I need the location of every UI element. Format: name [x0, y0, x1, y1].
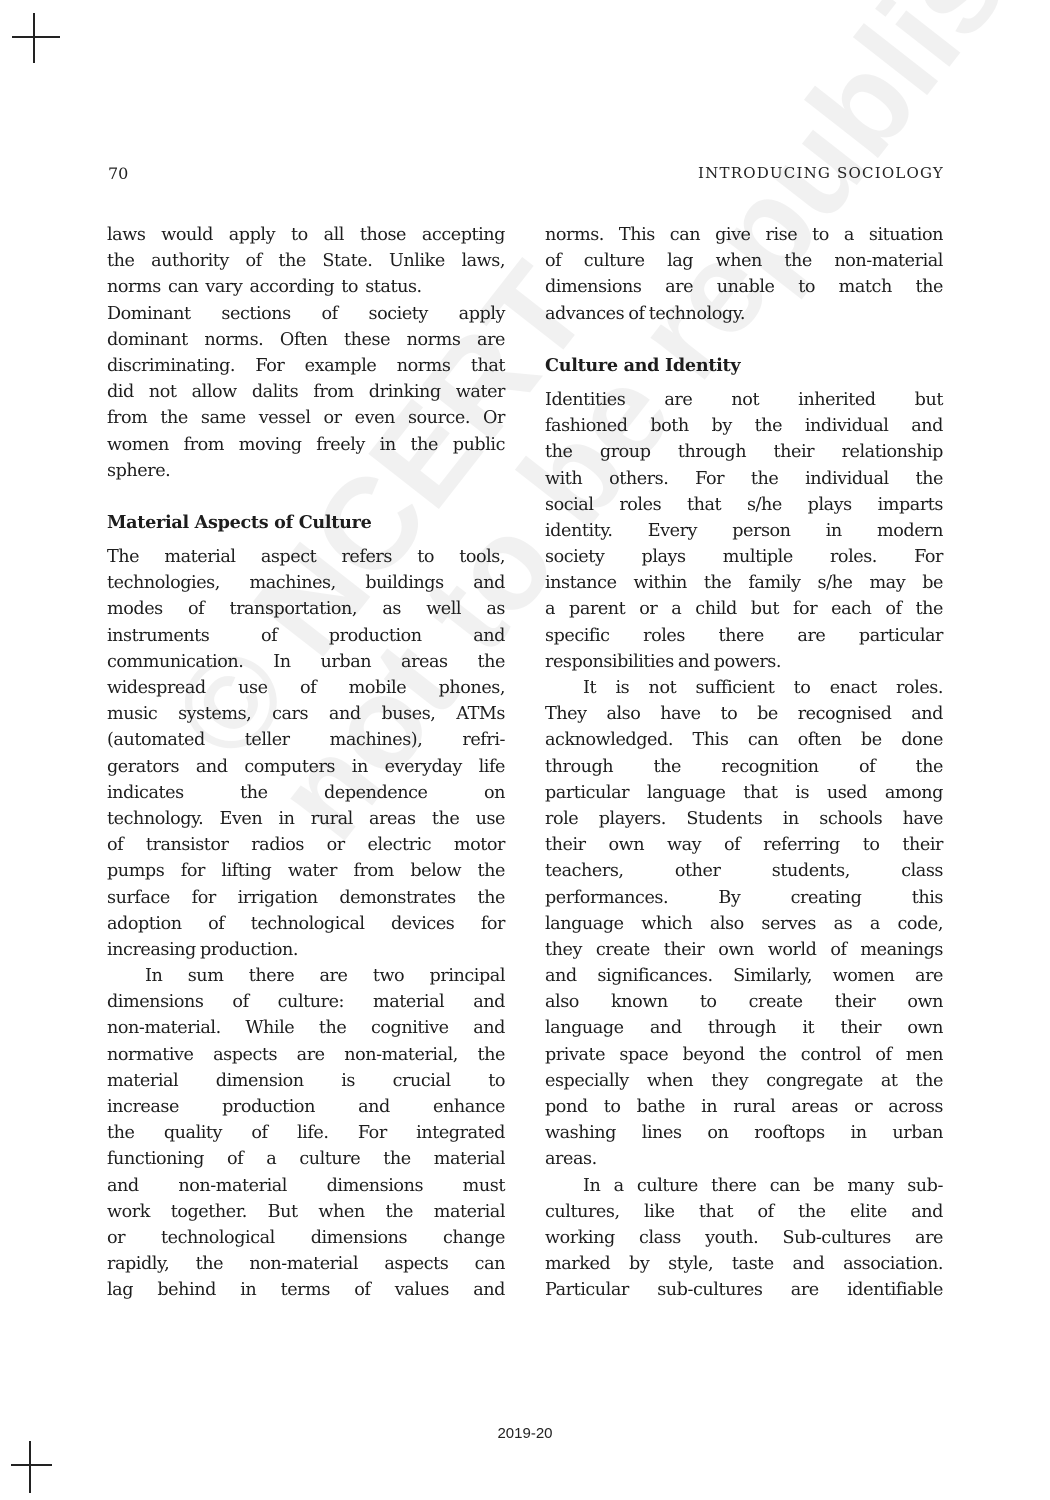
text-line: role players. Students in schools have — [545, 806, 943, 832]
text-line: pond to bathe in rural areas or across — [545, 1094, 943, 1120]
text-line: modes of transportation, as well as — [107, 596, 505, 622]
text-line: dimensions are unable to match the — [545, 274, 943, 300]
text-line: with others. For the individual the — [545, 466, 943, 492]
text-line: specific roles there are particular — [545, 623, 943, 649]
text-line: the quality of life. For integrated — [107, 1120, 505, 1146]
text-line: In a culture there can be many sub- — [545, 1173, 943, 1199]
text-line: discriminating. For example norms that — [107, 353, 505, 379]
text-line: lag behind in terms of values and — [107, 1277, 505, 1303]
paragraph: norms. This can give rise to a situation… — [545, 222, 943, 327]
text-line: advances of technology. — [545, 301, 943, 327]
text-line: of culture lag when the non-material — [545, 248, 943, 274]
text-line: (automated teller machines), refri- — [107, 727, 505, 753]
text-line: It is not sufficient to enact roles. — [545, 675, 943, 701]
footer-year: 2019-20 — [0, 1425, 1050, 1442]
text-line: through the recognition of the — [545, 754, 943, 780]
text-line: dominant norms. Often these norms are — [107, 327, 505, 353]
text-line: increasing production. — [107, 937, 505, 963]
text-line: their own way of referring to their — [545, 832, 943, 858]
text-line: a parent or a child but for each of the — [545, 596, 943, 622]
text-line: social roles that s/he plays imparts — [545, 492, 943, 518]
text-line: normative aspects are non-material, the — [107, 1042, 505, 1068]
text-line: especially when they congregate at the — [545, 1068, 943, 1094]
text-line: language which also serves as a code, — [545, 911, 943, 937]
text-line: Identities are not inherited but — [545, 387, 943, 413]
right-column: norms. This can give rise to a situation… — [545, 222, 943, 1304]
paragraph: The material aspect refers to tools, tec… — [107, 544, 505, 963]
text-line: acknowledged. This can often be done — [545, 727, 943, 753]
text-line: particular language that is used among — [545, 780, 943, 806]
paragraph: It is not sufficient to enact roles. The… — [545, 675, 943, 1173]
text-line: women from moving freely in the public — [107, 432, 505, 458]
text-line: private space beyond the control of men — [545, 1042, 943, 1068]
text-line: The material aspect refers to tools, — [107, 544, 505, 570]
text-line: non-material. While the cognitive and — [107, 1015, 505, 1041]
text-line: music systems, cars and buses, ATMs — [107, 701, 505, 727]
text-line: they create their own world of meanings — [545, 937, 943, 963]
text-line: norms. This can give rise to a situation — [545, 222, 943, 248]
text-line: fashioned both by the individual and — [545, 413, 943, 439]
text-line: They also have to be recognised and — [545, 701, 943, 727]
text-line: technology. Even in rural areas the use — [107, 806, 505, 832]
text-line: marked by style, taste and association. — [545, 1251, 943, 1277]
text-line: language and through it their own — [545, 1015, 943, 1041]
text-line: the group through their relationship — [545, 439, 943, 465]
text-line: material dimension is crucial to — [107, 1068, 505, 1094]
text-line: instruments of production and — [107, 623, 505, 649]
section-heading-material-aspects: Material Aspects of Culture — [107, 510, 505, 536]
text-line: technologies, machines, buildings and — [107, 570, 505, 596]
text-line: of transistor radios or electric motor — [107, 832, 505, 858]
text-line: cultures, like that of the elite and — [545, 1199, 943, 1225]
text-line: responsibilities and powers. — [545, 649, 943, 675]
text-line: functioning of a culture the material — [107, 1146, 505, 1172]
paragraph: laws would apply to all those accepting … — [107, 222, 505, 484]
crop-mark-bottom-left-v — [29, 1441, 31, 1493]
text-line: rapidly, the non-material aspects can — [107, 1251, 505, 1277]
text-line: identity. Every person in modern — [545, 518, 943, 544]
text-line: and significances. Similarly, women are — [545, 963, 943, 989]
text-line: pumps for lifting water from below the — [107, 858, 505, 884]
text-line: work together. But when the material — [107, 1199, 505, 1225]
crop-mark-bottom-left-h — [11, 1464, 52, 1466]
paragraph: Identities are not inherited but fashion… — [545, 387, 943, 675]
section-heading-culture-identity: Culture and Identity — [545, 353, 943, 379]
text-line: society plays multiple roles. For — [545, 544, 943, 570]
text-line: dimensions of culture: material and — [107, 989, 505, 1015]
text-line: the authority of the State. Unlike laws, — [107, 248, 505, 274]
text-line: also known to create their own — [545, 989, 943, 1015]
text-line: In sum there are two principal — [107, 963, 505, 989]
text-line: did not allow dalits from drinking water — [107, 379, 505, 405]
text-line: adoption of technological devices for — [107, 911, 505, 937]
text-line: teachers, other students, class — [545, 858, 943, 884]
text-line: norms can vary according to status. — [107, 274, 505, 300]
text-line: from the same vessel or even source. Or — [107, 405, 505, 431]
crop-mark-top-left-h — [12, 36, 60, 38]
text-line: communication. In urban areas the — [107, 649, 505, 675]
text-line: washing lines on rooftops in urban — [545, 1120, 943, 1146]
text-line: sphere. — [107, 458, 505, 484]
text-line: gerators and computers in everyday life — [107, 754, 505, 780]
text-line: working class youth. Sub-cultures are — [545, 1225, 943, 1251]
text-line: performances. By creating this — [545, 885, 943, 911]
text-line: widespread use of mobile phones, — [107, 675, 505, 701]
left-column: laws would apply to all those accepting … — [107, 222, 505, 1304]
crop-mark-top-left-v — [33, 13, 35, 63]
text-line: instance within the family s/he may be — [545, 570, 943, 596]
text-line: areas. — [545, 1146, 943, 1172]
text-line: increase production and enhance — [107, 1094, 505, 1120]
text-line: indicates the dependence on — [107, 780, 505, 806]
text-line: or technological dimensions change — [107, 1225, 505, 1251]
text-line: Particular sub-cultures are identifiable — [545, 1277, 943, 1303]
book-title: INTRODUCING SOCIOLOGY — [698, 164, 944, 182]
page-number: 70 — [108, 164, 128, 183]
text-line: and non-material dimensions must — [107, 1173, 505, 1199]
paragraph: In sum there are two principal dimension… — [107, 963, 505, 1303]
text-line: Dominant sections of society apply — [107, 301, 505, 327]
paragraph: In a culture there can be many sub- cult… — [545, 1173, 943, 1304]
text-line: surface for irrigation demonstrates the — [107, 885, 505, 911]
text-line: laws would apply to all those accepting — [107, 222, 505, 248]
